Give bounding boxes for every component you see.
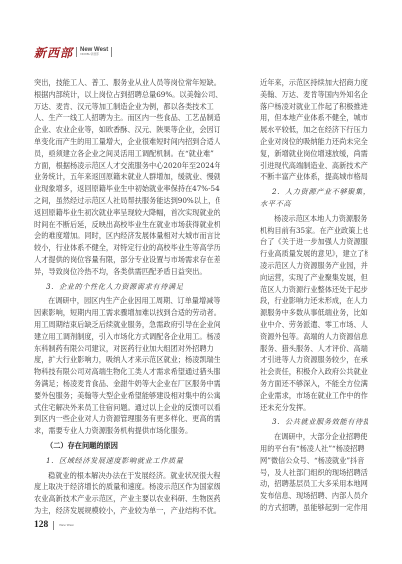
right-paragraph-top: 近年来，示范区持续加大招商力度，美翰、万达、麦肯等国内外知名企业落户杨凌对就业工…	[260, 77, 368, 183]
text-line: 人才提供的岗位容量有限，部分专业设置与市场需求存在差	[34, 254, 220, 266]
magazine-logo-cn: 新西部	[34, 44, 73, 61]
footer-divider	[53, 521, 54, 530]
section-heading-causes: （二）存在问题的原因	[34, 440, 220, 452]
text-line: 行业高质量发展的意见》，建立了杨	[260, 248, 368, 260]
text-line: 还未充分发挥。	[260, 402, 368, 414]
right-paragraph-public-service: 在调研中，大部分企业招聘使用的平台有“杨凌人社”“杨凌招聘网”微信公众号、“杨凌…	[260, 431, 368, 514]
text-line: 业现象增多，返回原籍毕业生中初始就业率保持在47%-54%	[34, 183, 220, 195]
text-line: 度上取决于经济增长的质量和速度。杨凌示范区作为国家级	[34, 481, 220, 493]
page-footer: 128 New West	[34, 520, 74, 530]
text-line: 资源外包等。高端的人力资源信息化	[260, 331, 368, 343]
text-line: 服务、猎头服务、人才评价、高端人	[260, 343, 368, 355]
text-line: 不断丰富产业体系，提高城市格局。	[260, 171, 368, 183]
footer-magazine-name: New West	[59, 523, 73, 527]
subheading-hr-industry: 2．人力资源产业不够聚集，发展	[260, 186, 368, 198]
text-line: 的方式招聘，虽能够起到一定作用，	[260, 502, 368, 514]
text-line: 在调研中，园区内生产企业因用工周期、订单量增减等	[34, 295, 220, 307]
text-line: 段，行业影响力还未形成，在人力资	[260, 295, 368, 307]
text-line: 式住宅解决外来员工住宿问题。通过以上企业的反馈可以看	[34, 402, 220, 414]
text-line: 业中介、劳务派遣、零工市场、人力	[260, 319, 368, 331]
text-line: 因素影响，短期内用工需求骤增加难以找到合适的劳动者。	[34, 307, 220, 319]
text-line: 异，导致岗位冷热不均，各类供需匹配矛盾日益突出。	[34, 266, 220, 278]
text-line: 东科制药有限公司建议，对医药行业加大组团对外招聘力	[34, 343, 220, 355]
text-line: 求，需要专业人力资源服务机构提供市场化服务。	[34, 425, 220, 437]
text-line: 度，扩大行业影响力，吸纳人才来示范区就业；杨凌凯瑞生	[34, 354, 220, 366]
left-paragraph-top: 突出，技能工人、普工、服务业从业人员等岗位常年短缺。根据内部统计，以上岗位占到招…	[34, 77, 220, 278]
text-line: 向运营，实现了产业聚集发展，但示	[260, 272, 368, 284]
text-line: 源服务中多数从事低端业务，比如职	[260, 307, 368, 319]
text-line: 社会责任，积极介入政府公共就业服	[260, 366, 368, 378]
text-line: 为主，经济发展规模较小，产业较为单一，产业结构不优。	[34, 505, 220, 517]
text-line: 才引进等人力资源服务较少，在承担	[260, 354, 368, 366]
text-line: 美翰、万达、麦肯等国内外知名企业	[260, 89, 368, 101]
text-line: 万达、麦肯、汉元等加工制造企业为例，都以各类技术工	[34, 101, 220, 113]
text-line: 时间在不断后延，反映出高校毕业生在就业市场获得就业机	[34, 219, 220, 231]
text-line: 动，招聘基层员工大多采用本地网站	[260, 478, 368, 490]
subheading-enterprise-needs: 3．企业的个性化人力资源需求有待满足	[34, 281, 220, 293]
text-line: 单变化而产生的用工量增大，企业很难短时间内招到合适人	[34, 136, 220, 148]
page-number: 128	[34, 520, 48, 530]
text-line: 凌示范区人力资源服务产业园，并面	[260, 260, 368, 272]
text-line: 用工周期结束后缺乏后续就业服务，急需政府引导在企业间	[34, 319, 220, 331]
text-line: 建立用工调剂制度，引入市场化方式调配各企业用工。杨凌	[34, 331, 220, 343]
text-line: 企业需求，市场在就业工作中的作用	[260, 390, 368, 402]
text-line: 农业高新技术产业示范区，产业主要以农业科研、生物医药	[34, 493, 220, 505]
text-line: 复，新增就业岗位增速放缓，尚需加快	[260, 148, 368, 160]
text-line: 用的平台有“杨凌人社”“杨凌招聘	[260, 443, 368, 455]
text-line: 突出，技能工人、普工、服务业从业人员等岗位常年短缺。	[34, 77, 220, 89]
text-line: 机构目前有35家。在产业政策上也出	[260, 225, 368, 237]
logo-divider-right	[111, 47, 112, 57]
left-paragraph-enterprise-needs: 在调研中，园区内生产企业因用工周期、订单量增减等因素影响，短期内用工需求骤增加难…	[34, 295, 220, 437]
text-line: 杨凌示范区本地人力资源服务	[260, 213, 368, 225]
text-line: 台了《关于进一步加强人力资源服务	[260, 236, 368, 248]
text-line: 到区内一些企业对人力资源管理服务有更多样化、更高的需	[34, 413, 220, 425]
right-column: 近年来，示范区持续加大招商力度，美翰、万达、麦肯等国内外知名企业落户杨凌对就业工…	[260, 77, 368, 514]
text-line: 稳就业的根本解决办法在于发展经济。就业状况很大程	[34, 470, 220, 482]
text-line: 根据内部统计，以上岗位占到招聘总量69%。以美翰公司、	[34, 89, 220, 101]
text-line: 方面，根据杨凌示范区人才交流服务中心2020年至2024年间	[34, 160, 220, 172]
text-line: 在调研中，大部分企业招聘使	[260, 431, 368, 443]
text-line: 近年来，示范区持续加大招商力度，	[260, 77, 368, 89]
magazine-logo-en: New West XINXIBU 新西部	[80, 47, 108, 57]
subheading-hr-industry-cont: 水平不高	[260, 198, 368, 210]
left-column: 突出，技能工人、普工、服务业从业人员等岗位常年短缺。根据内部统计，以上岗位占到招…	[34, 77, 220, 517]
logo-en-subtitle: XINXIBU 新西部	[80, 54, 108, 57]
text-line: 网”微信公众号、“杨凌就业”抖音	[260, 455, 368, 467]
text-line: 企业对岗位的吸纳能力还尚未完全恢	[260, 136, 368, 148]
text-line: 业务统计，五年来返回原籍未就业人群增加，缓就业、慢就	[34, 171, 220, 183]
subheading-regional-economy: 1．区域经济发展速度影响就业工作质量	[34, 455, 220, 467]
text-line: 发布信息、现场招聘、内部人员介绍	[260, 490, 368, 502]
text-line: 较小，行业体系不健全，对特定行业的高校毕业生等高学历	[34, 242, 220, 254]
masthead: 新西部 New West XINXIBU 新西部	[34, 45, 112, 59]
text-line: 号，及人社部门组织的现场招聘活	[260, 467, 368, 479]
text-line: 落户杨凌对就业工作起了积极推进作	[260, 101, 368, 113]
text-line: 企业、农业企业等，如欧香酥、汉元、陕果等企业，会因订	[34, 124, 220, 136]
text-line: 用，但本地产业体系不健全，城市发	[260, 112, 368, 124]
text-line: 物科技有限公司对高端生物化工类人才需求希望通过猎头服	[34, 366, 220, 378]
text-line: 会的难度增加。同时，区内经济发展体量相对大城市而言比	[34, 230, 220, 242]
text-line: 之间，虽然经过示范区人社局帮扶服务能达到90%以上，但	[34, 195, 220, 207]
text-line: 人、生产一线工人招聘为主。而区内一些食品、工艺品制造	[34, 112, 220, 124]
right-paragraph-hr-industry: 杨凌示范区本地人力资源服务机构目前有35家。在产业政策上也出台了《关于进一步加强…	[260, 213, 368, 414]
text-line: 返回原籍毕业生初次就业率呈现较大降幅，首次实现就业的	[34, 207, 220, 219]
text-line: 范区人力资源行业整体还处于起步阶	[260, 284, 368, 296]
logo-divider	[76, 47, 77, 57]
text-line: 引进现代高端制造业、高新技术产业，	[260, 160, 368, 172]
left-paragraph-regional-economy: 稳就业的根本解决办法在于发展经济。就业状况很大程度上取决于经济增长的质量和速度。…	[34, 470, 220, 517]
text-line: 展水平较低，加之在经济下行压力下，	[260, 124, 368, 136]
text-line: 要外包服务；美翰等大型企业希望能够建设相对集中的公寓	[34, 390, 220, 402]
text-line: 务方面还不够深入，不能全方位满足	[260, 378, 368, 390]
text-line: 员，亟须建立各企业之间灵活用工调配机制。在“就业难”	[34, 148, 220, 160]
subheading-public-service: 3．公共就业服务效能有待提高	[260, 416, 368, 428]
text-line: 务满足；杨凌麦肯食品、金甜牛奶等大企业在厂区服务中需	[34, 378, 220, 390]
